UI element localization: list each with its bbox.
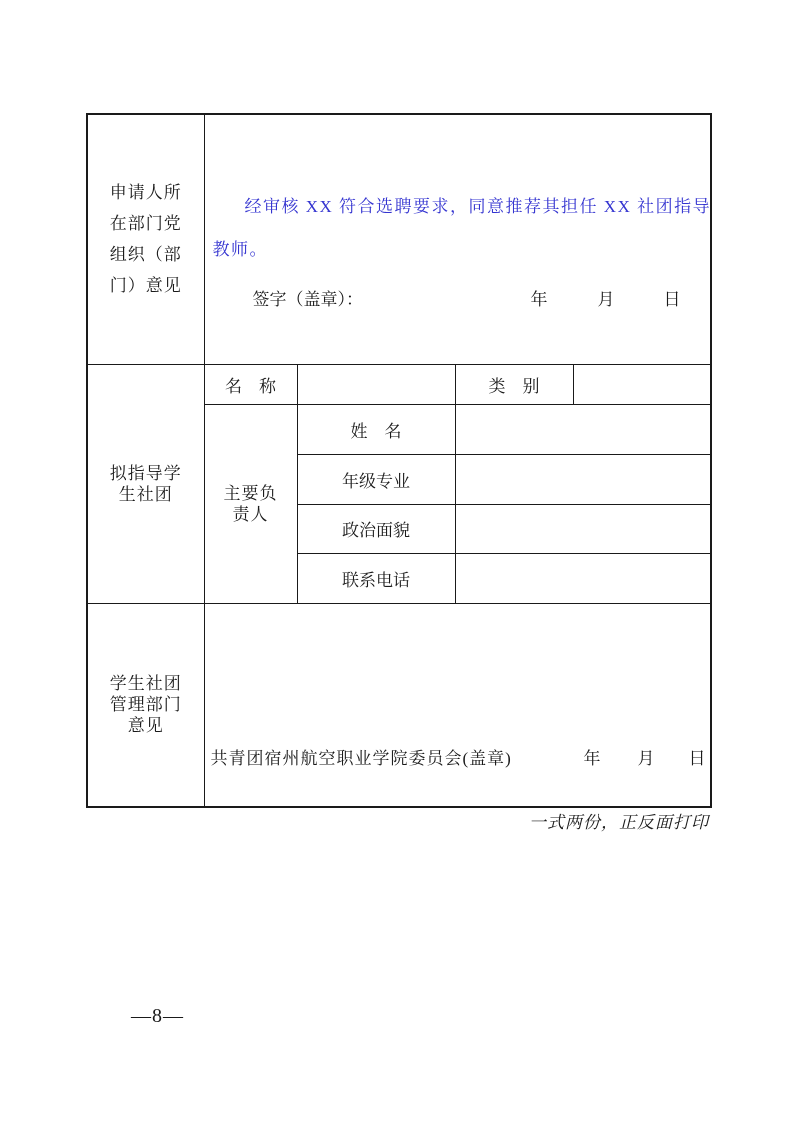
mgmt-opinion-label-line: 学生社团 (88, 673, 204, 694)
leader-phone-header: 联系电话 (297, 553, 455, 603)
dept-opinion-label-line: 申请人所 (88, 177, 204, 208)
leader-name-input-cell[interactable] (455, 404, 711, 454)
dept-opinion-text-line1: 经审核 XX 符合选聘要求，同意推荐其担任 XX 社团指导 (245, 192, 712, 217)
document-page: 申请人所 在部门党 组织（部 门）意见 经审核 XX 符合选聘要求，同意推荐其担… (0, 0, 794, 1122)
year-label: 年 (584, 744, 602, 769)
mgmt-opinion-label-line: 管理部门 (88, 694, 204, 715)
month-label: 月 (638, 744, 656, 769)
leader-political-status-input-cell[interactable] (455, 504, 711, 553)
leader-political-status-header: 政治面貌 (297, 504, 455, 553)
dept-opinion-content-cell[interactable]: 经审核 XX 符合选聘要求，同意推荐其担任 XX 社团指导 教师。 签字（盖章）… (204, 114, 711, 364)
society-name-input-cell[interactable] (297, 364, 455, 404)
committee-seal-label: 共青团宿州航空职业学院委员会(盖章) (211, 744, 512, 769)
print-instruction-note: 一式两份，正反面打印 (529, 808, 709, 833)
mgmt-opinion-content-cell[interactable]: 共青团宿州航空职业学院委员会(盖章) 年 月 日 (204, 603, 711, 807)
dept-opinion-label-cell: 申请人所 在部门党 组织（部 门）意见 (87, 114, 204, 364)
day-label: 日 (689, 744, 707, 769)
dept-opinion-text-line2: 教师。 (213, 235, 269, 260)
dept-opinion-label: 申请人所 在部门党 组织（部 门）意见 (88, 177, 204, 301)
day-label: 日 (664, 285, 681, 310)
leader-label-cell: 主要负 责人 (204, 404, 297, 603)
leader-grade-major-input-cell[interactable] (455, 454, 711, 504)
leader-label-line: 责人 (205, 504, 297, 525)
sign-seal-label: 签字（盖章）： (253, 285, 364, 310)
society-category-input-cell[interactable] (573, 364, 711, 404)
leader-label-line: 主要负 (205, 483, 297, 504)
leader-grade-major-header: 年级专业 (297, 454, 455, 504)
society-section-label: 拟指导学 生社团 (88, 463, 204, 505)
approval-form-table: 申请人所 在部门党 组织（部 门）意见 经审核 XX 符合选聘要求，同意推荐其担… (86, 113, 712, 808)
dept-opinion-sign-row: 签字（盖章）： 年 月 日 (205, 285, 711, 307)
committee-sign-row: 共青团宿州航空职业学院委员会(盖章) 年 月 日 (205, 744, 711, 766)
society-name-header: 名 称 (204, 364, 297, 404)
year-label: 年 (531, 285, 548, 310)
dept-opinion-label-line: 在部门党 (88, 208, 204, 239)
society-category-header: 类 别 (455, 364, 573, 404)
leader-name-header: 姓 名 (297, 404, 455, 454)
leader-label: 主要负 责人 (205, 483, 297, 525)
mgmt-opinion-label-cell: 学生社团 管理部门 意见 (87, 603, 204, 807)
dept-opinion-label-line: 组织（部 (88, 239, 204, 270)
mgmt-opinion-label-line: 意见 (88, 715, 204, 736)
society-section-label-cell: 拟指导学 生社团 (87, 364, 204, 603)
society-section-label-line: 生社团 (88, 484, 204, 505)
society-section-label-line: 拟指导学 (88, 463, 204, 484)
page-number: —8— (131, 1005, 184, 1028)
mgmt-opinion-label: 学生社团 管理部门 意见 (88, 673, 204, 736)
month-label: 月 (598, 285, 615, 310)
leader-phone-input-cell[interactable] (455, 553, 711, 603)
dept-opinion-label-line: 门）意见 (88, 270, 204, 301)
